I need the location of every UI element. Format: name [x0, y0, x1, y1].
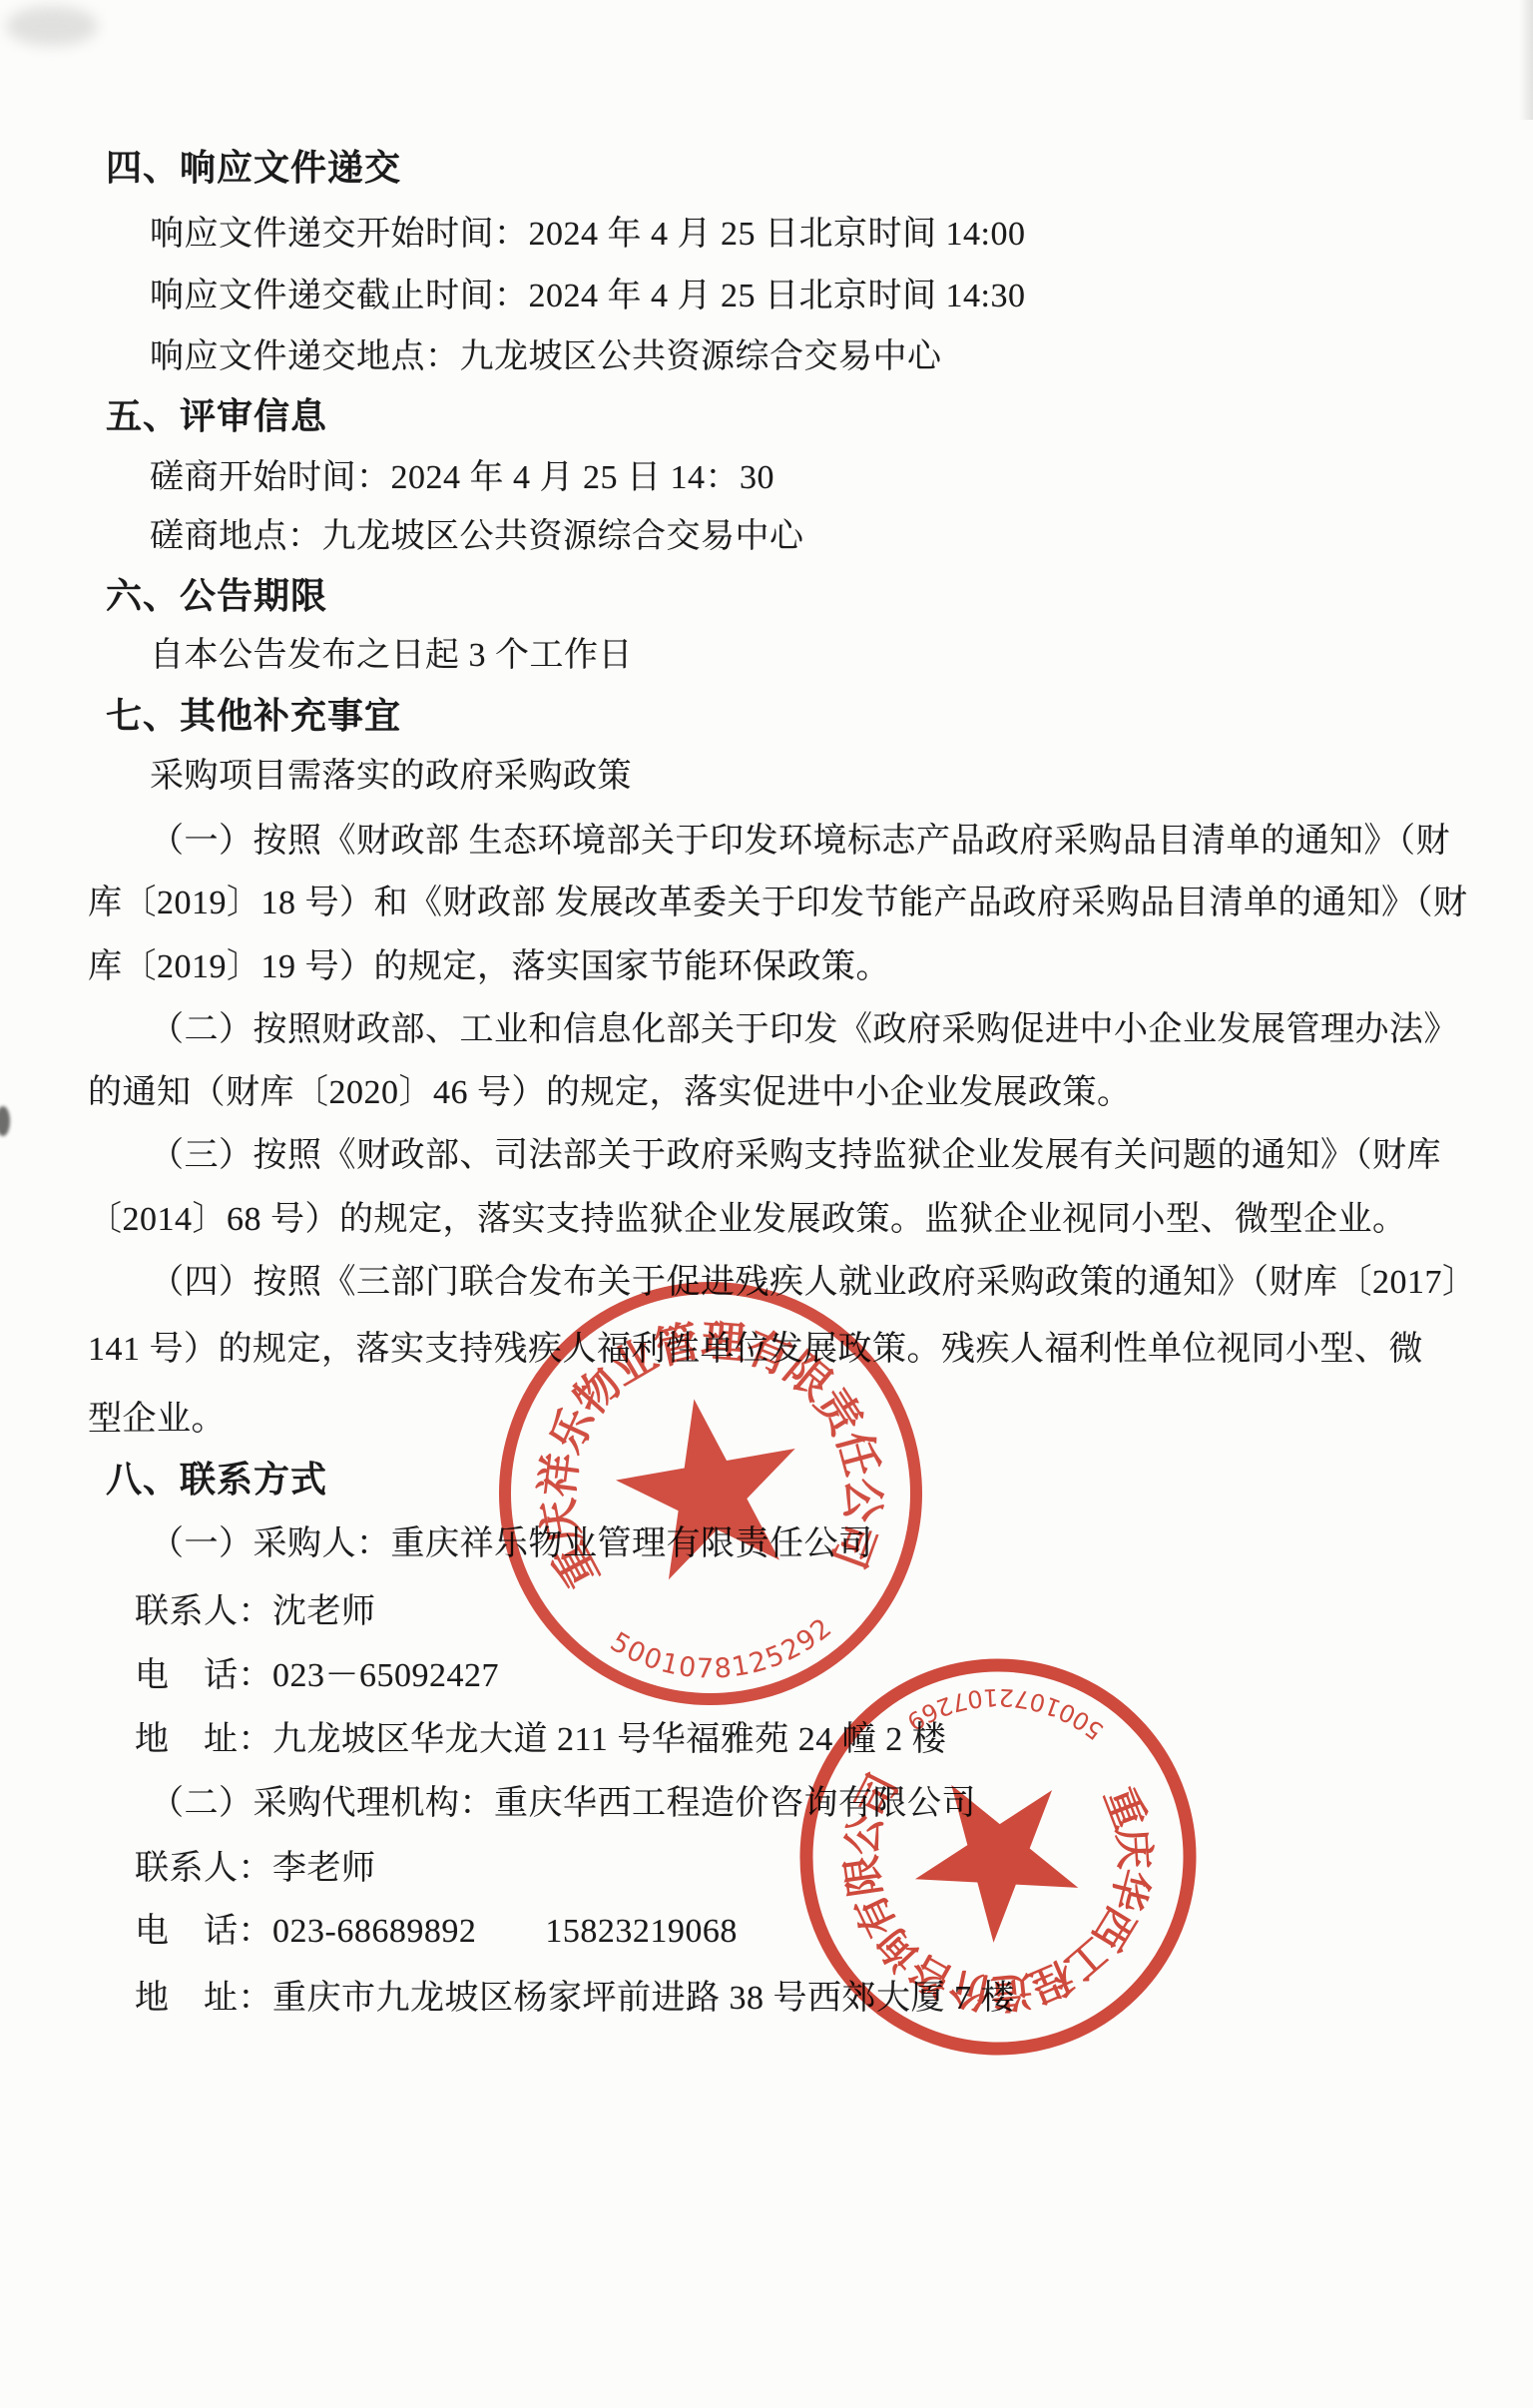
scan-speck-artifact — [0, 1106, 10, 1136]
agency-company-seal-ring-char: 有 — [846, 1887, 905, 1944]
purchaser-company-seal-number-digit: 1 — [730, 1650, 752, 1683]
purchaser-company-seal-ring-char: 公 — [836, 1477, 887, 1522]
scan-edge-shade — [1519, 0, 1533, 120]
purchaser-phone: 电 话：023－65092427 — [135, 1659, 499, 1693]
scan-smudge-artifact — [6, 6, 98, 46]
negotiation-place: 磋商地点：九龙坡区公共资源综合交易中心 — [150, 520, 804, 554]
policy4-line2: 141 号）的规定，落实支持残疾人福利性单位发展政策。残疾人福利性单位视同小型、… — [88, 1333, 1423, 1367]
agency-name: （二）采购代理机构：重庆华西工程造价咨询有限公司 — [150, 1787, 976, 1821]
policy2-line2: 的通知（财库〔2020〕46 号）的规定，落实促进中小企业发展政策。 — [88, 1076, 1132, 1110]
purchaser-contact: 联系人：沈老师 — [135, 1595, 376, 1629]
purchaser-company-seal-ring-char: 任 — [827, 1427, 886, 1482]
agency-company-seal-number-digit: 0 — [1067, 1704, 1095, 1736]
agency-company-seal-number-digit: 0 — [965, 1684, 984, 1714]
scanned-document-page: 四、响应文件递交响应文件递交开始时间：2024 年 4 月 25 日北京时间 1… — [0, 0, 1533, 2408]
section6-heading: 六、公告期限 — [106, 578, 327, 614]
agency-company-seal-ring-char: 西 — [1083, 1899, 1144, 1958]
agency-company-seal-ring-char: 工 — [1056, 1929, 1117, 1991]
section7-heading: 七、其他补充事宜 — [106, 698, 401, 734]
purchaser-company-seal-number-digit: 2 — [804, 1612, 837, 1647]
policy1-line2: 库〔2019〕18 号）和《财政部 发展改革委关于印发节能产品政府采购品目清单的… — [88, 887, 1468, 920]
purchaser-company-seal-number-digit: 7 — [696, 1653, 714, 1685]
announcement-duration: 自本公告发布之日起 3 个工作日 — [150, 639, 633, 673]
submission-place: 响应文件递交地点：九龙坡区公共资源综合交易中心 — [150, 340, 942, 374]
policy3-line1: （三）按照《财政部、司法部关于政府采购支持监狱企业发展有关问题的通知》（财库 — [150, 1139, 1441, 1173]
purchaser-company-seal-number-digit: 2 — [746, 1645, 770, 1679]
negotiation-start-time: 磋商开始时间：2024 年 4 月 25 日 14：30 — [150, 461, 774, 495]
agency-company-seal-ring-char: 限 — [838, 1853, 889, 1900]
policy4-line3: 型企业。 — [88, 1403, 226, 1437]
submission-start-time: 响应文件递交开始时间：2024 年 4 月 25 日北京时间 14:00 — [150, 218, 1025, 252]
submission-deadline: 响应文件递交截止时间：2024 年 4 月 25 日北京时间 14:30 — [150, 280, 1025, 313]
purchaser-company-seal-number-digit: 1 — [658, 1647, 682, 1681]
agency-company-seal-number-digit: 7 — [948, 1686, 970, 1717]
purchaser-company-seal-ring-char: 乐 — [541, 1400, 604, 1461]
policy2-line1: （二）按照财政部、工业和信息化部关于印发《政府采购促进中小企业发展管理办法》 — [150, 1013, 1458, 1047]
policy4-line1: （四）按照《三部门联合发布关于促进残疾人就业政府采购政策的通知》（财库〔2017… — [150, 1266, 1477, 1300]
agency-company-seal-number-digit: 1 — [982, 1683, 999, 1712]
agency-company-seal-number-digit: 0 — [1027, 1687, 1049, 1718]
agency-company-seal-number-digit: 2 — [932, 1691, 956, 1723]
policy-intro: 采购项目需落实的政府采购政策 — [150, 760, 632, 794]
agency-company-seal-number-digit: 5 — [1080, 1713, 1109, 1745]
agency-company-seal-ring-char: 华 — [1103, 1865, 1158, 1916]
purchaser-name: （一）采购人：重庆祥乐物业管理有限责任公司 — [150, 1527, 873, 1561]
agency-address: 地 址：重庆市九龙坡区杨家坪前进路 38 号西郊大厦 7 楼 — [135, 1982, 1015, 2016]
purchaser-company-seal-number-digit: 8 — [714, 1653, 733, 1685]
section8-heading: 八、联系方式 — [106, 1462, 327, 1498]
agency-contact: 联系人：李老师 — [135, 1852, 376, 1886]
section4-heading: 四、响应文件递交 — [106, 150, 401, 186]
agency-company-seal-number-digit: 1 — [1041, 1691, 1065, 1723]
purchaser-company-seal-number-digit: 2 — [776, 1632, 805, 1667]
purchaser-company-seal-number-digit: 9 — [791, 1623, 822, 1658]
agency-company-seal-ring-char: 询 — [868, 1919, 930, 1980]
purchaser-address: 地 址：九龙坡区华龙大道 211 号华福雅苑 24 幢 2 楼 — [135, 1723, 946, 1757]
agency-company-seal-number-digit: 7 — [1012, 1684, 1031, 1714]
policy3-line2: 〔2014〕68 号）的规定，落实支持监狱企业发展政策。监狱企业视同小型、微型企… — [88, 1203, 1407, 1237]
policy1-line1: （一）按照《财政部 生态环境部关于印发环境标志产品政府采购品目清单的通知》（财 — [150, 825, 1450, 859]
agency-company-seal-ring-char: 庆 — [1110, 1827, 1158, 1871]
agency-phone: 电 话：023-68689892 15823219068 — [135, 1915, 738, 1949]
agency-company-seal-number-digit: 0 — [1054, 1697, 1080, 1729]
purchaser-company-seal-number-digit: 0 — [640, 1642, 666, 1677]
purchaser-company-seal-ring-char: 祥 — [533, 1450, 587, 1500]
section5-heading: 五、评审信息 — [106, 398, 327, 434]
purchaser-company-seal-ring-char: 责 — [806, 1380, 872, 1445]
purchaser-company-seal-number-digit: 0 — [677, 1651, 698, 1684]
purchaser-company-seal-number-digit: 0 — [622, 1635, 651, 1670]
policy1-line3: 库〔2019〕19 号）的规定，落实国家节能环保政策。 — [88, 950, 890, 984]
purchaser-company-seal-ring-char: 物 — [565, 1359, 631, 1425]
agency-company-seal-ring-char: 程 — [1024, 1953, 1080, 2011]
agency-company-seal-ring-char: 重 — [1096, 1781, 1154, 1836]
purchaser-company-seal-number-digit: 5 — [605, 1626, 636, 1661]
purchaser-company-seal-number-digit: 5 — [762, 1639, 788, 1674]
agency-company-seal-number-digit: 2 — [998, 1683, 1015, 1712]
